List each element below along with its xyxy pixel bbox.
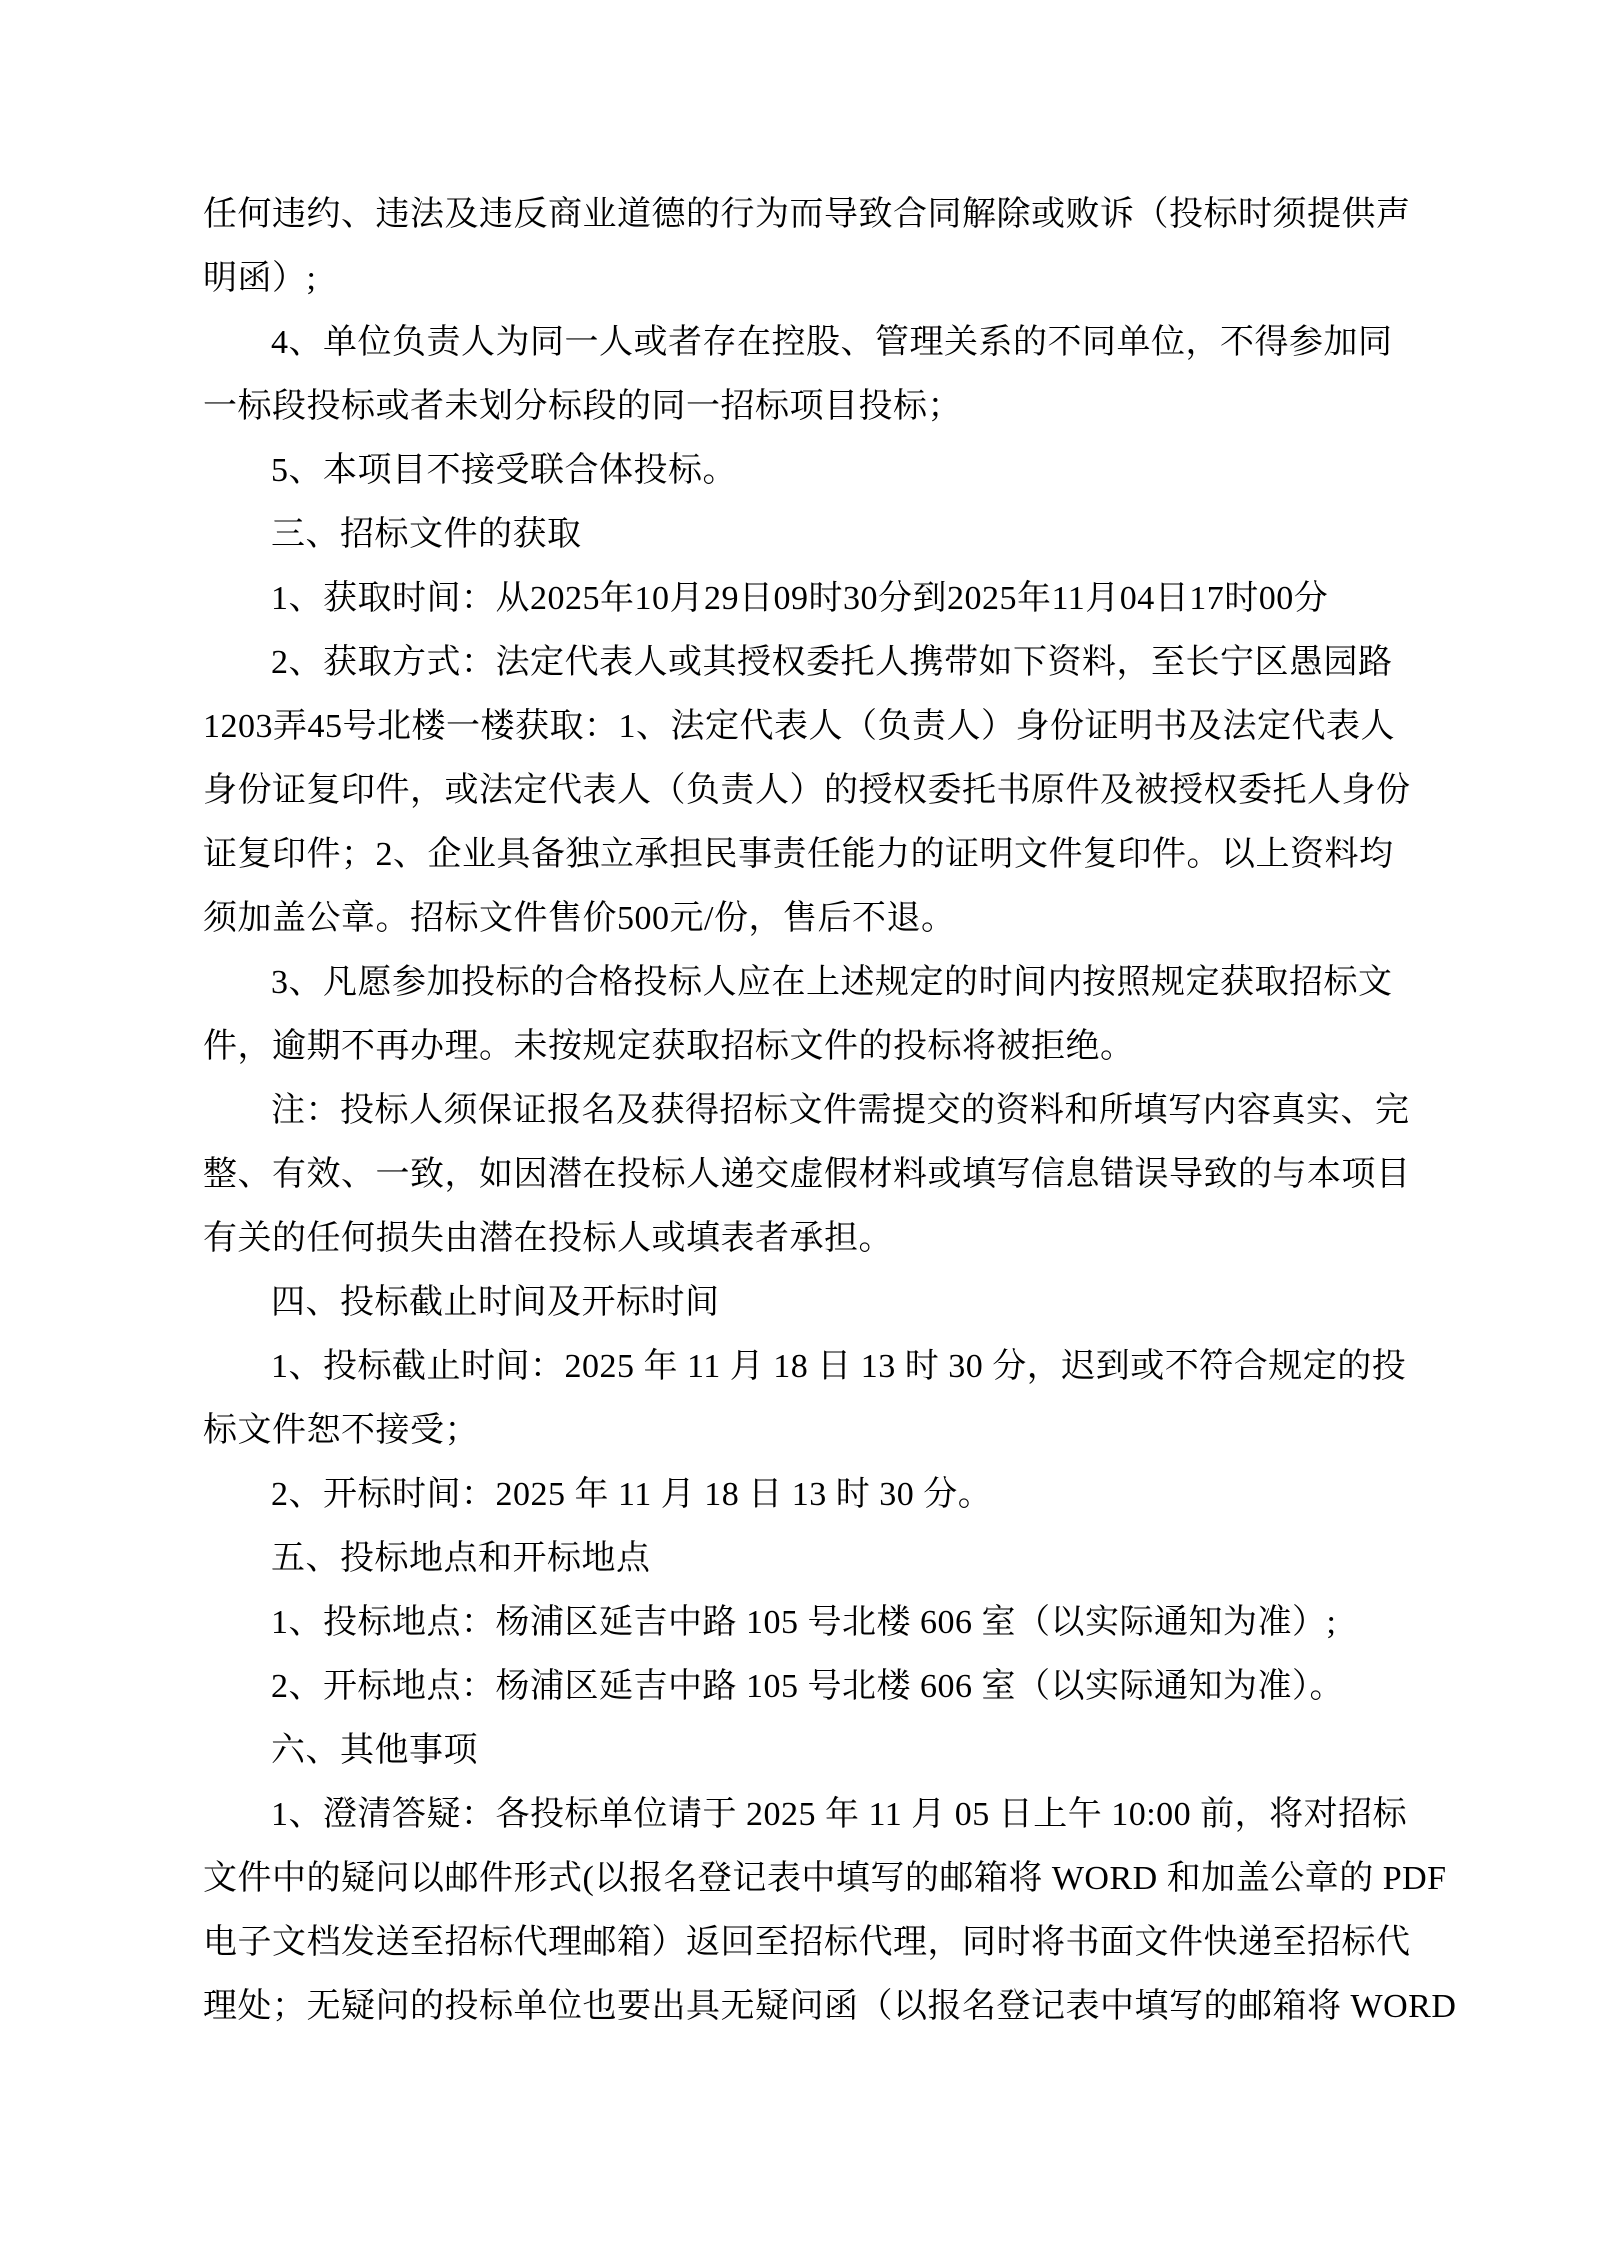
document-line: 六、其他事项 (203, 1719, 1430, 1783)
document-line: 5、本项目不接受联合体投标。 (203, 439, 1430, 503)
document-line: 3、凡愿参加投标的合格投标人应在上述规定的时间内按照规定获取招标文 (203, 951, 1430, 1015)
document-line: 1203弄45号北楼一楼获取：1、法定代表人（负责人）身份证明书及法定代表人 (203, 695, 1430, 759)
document-line: 4、单位负责人为同一人或者存在控股、管理关系的不同单位，不得参加同 (203, 311, 1430, 375)
document-line: 2、开标地点：杨浦区延吉中路 105 号北楼 606 室（以实际通知为准）。 (203, 1655, 1430, 1719)
document-line: 任何违约、违法及违反商业道德的行为而导致合同解除或败诉（投标时须提供声 (203, 183, 1430, 247)
document-line: 证复印件；2、企业具备独立承担民事责任能力的证明文件复印件。以上资料均 (203, 823, 1430, 887)
document-line: 五、投标地点和开标地点 (203, 1527, 1430, 1591)
document-line: 2、开标时间：2025 年 11 月 18 日 13 时 30 分。 (203, 1463, 1430, 1527)
document-line: 1、获取时间：从2025年10月29日09时30分到2025年11月04日17时… (203, 567, 1430, 631)
document-line: 1、澄清答疑：各投标单位请于 2025 年 11 月 05 日上午 10:00 … (203, 1783, 1430, 1847)
document-line: 理处；无疑问的投标单位也要出具无疑问函（以报名登记表中填写的邮箱将 WORD (203, 1975, 1430, 2039)
document-line: 一标段投标或者未划分标段的同一招标项目投标； (203, 375, 1430, 439)
document-line: 1、投标地点：杨浦区延吉中路 105 号北楼 606 室（以实际通知为准）; (203, 1591, 1430, 1655)
document-line: 须加盖公章。招标文件售价500元/份，售后不退。 (203, 887, 1430, 951)
document-line: 三、招标文件的获取 (203, 503, 1430, 567)
document-line: 电子文档发送至招标代理邮箱）返回至招标代理，同时将书面文件快递至招标代 (203, 1911, 1430, 1975)
document-line: 有关的任何损失由潜在投标人或填表者承担。 (203, 1207, 1430, 1271)
document-line: 2、获取方式：法定代表人或其授权委托人携带如下资料，至长宁区愚园路 (203, 631, 1430, 695)
document-page: 任何违约、违法及违反商业道德的行为而导致合同解除或败诉（投标时须提供声明函）;4… (0, 0, 1600, 2263)
document-line: 1、投标截止时间：2025 年 11 月 18 日 13 时 30 分，迟到或不… (203, 1335, 1430, 1399)
document-line: 注：投标人须保证报名及获得招标文件需提交的资料和所填写内容真实、完 (203, 1079, 1430, 1143)
document-line: 标文件恕不接受； (203, 1399, 1430, 1463)
document-line: 整、有效、一致，如因潜在投标人递交虚假材料或填写信息错误导致的与本项目 (203, 1143, 1430, 1207)
document-line: 四、投标截止时间及开标时间 (203, 1271, 1430, 1335)
document-line: 身份证复印件，或法定代表人（负责人）的授权委托书原件及被授权委托人身份 (203, 759, 1430, 823)
document-line: 件，逾期不再办理。未按规定获取招标文件的投标将被拒绝。 (203, 1015, 1430, 1079)
document-line: 明函）; (203, 247, 1430, 311)
document-line: 文件中的疑问以邮件形式(以报名登记表中填写的邮箱将 WORD 和加盖公章的 PD… (203, 1847, 1430, 1911)
document-body: 任何违约、违法及违反商业道德的行为而导致合同解除或败诉（投标时须提供声明函）;4… (203, 183, 1430, 2039)
